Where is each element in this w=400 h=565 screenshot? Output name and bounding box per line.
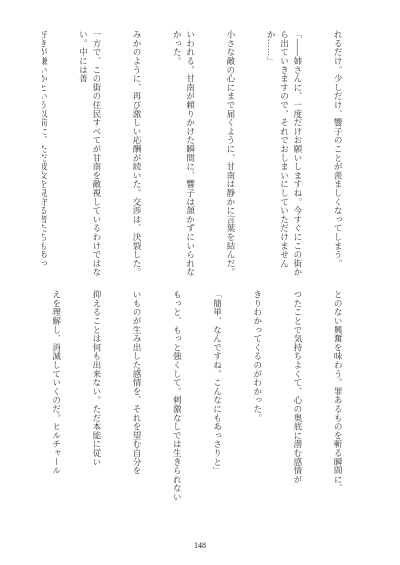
upper-text-block: れるだけ。少しだけ、響子のことが羨ましくなってしまう。 「――姉さんに、一度だけ… [42,30,370,282]
text-column: 抑えることは何も出来ない。ただ本能に従い [88,290,101,540]
text-column: れるだけ。少しだけ、響子のことが羨ましくなってしまう。 [330,30,343,282]
text-column: みかのように、再び激しい応酬が続いた。交渉は、決裂した。 [129,30,142,282]
text-column: もっと、もっと強くして。刺激なしでは生きられない [169,290,182,540]
text-column: 「簡単、なんですね。こんなにもあっさりと」 [209,290,222,540]
text-column: きりわかってくるのがわかった。 [249,290,262,540]
text-column: いものが生み出した感情を、それを望む自分を [129,290,142,540]
page-number: 148 [0,541,400,550]
text-column: とのない興奮を味わう。罪あるものを斬る瞬間に、 [330,290,343,540]
text-column: 好きが嫌いかという以前に、ただ彼女を見守る者たちもあった。 [42,30,48,282]
text-column: いわれる。甘南が頼りかけた瞬間に、響子は頷かずにいられなかった。 [169,30,196,282]
text-column: えを理解し、消滅していくのだ。ヒルチャール [48,290,61,540]
text-column: 小さな敵の心にまで届くように、甘南は静かに言葉を結んだ。 [223,30,236,282]
lower-text-block: とのない興奮を味わう。罪あるものを斬る瞬間に、 つたことで気持ちよくて、心の奥底… [42,290,370,540]
text-column: 一方で、この街の住民すべてが甘南を敵視しているわけではない。中には善 [75,30,102,282]
text-column: つたことで気持ちよくて、心の奥底に潜む感情が [290,290,303,540]
text-column: 「――姉さんに、一度だけお願いしますね。今すぐにこの街から出ていきますので、それ… [263,30,303,282]
